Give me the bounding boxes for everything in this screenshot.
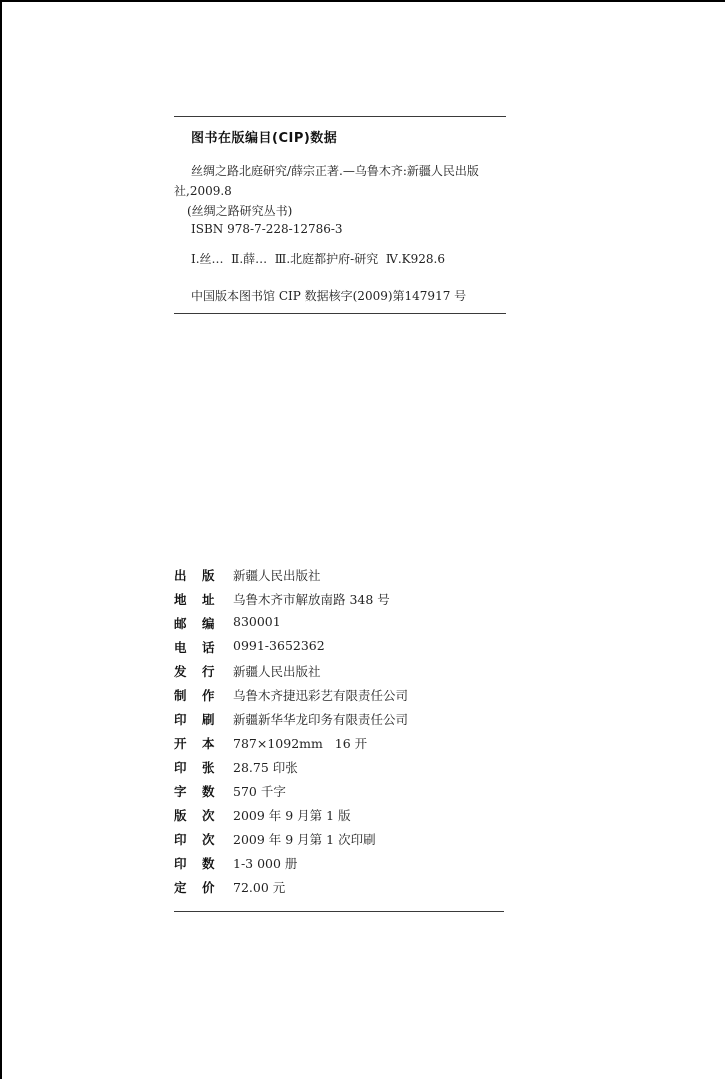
cip-top-rule bbox=[174, 116, 506, 117]
cip-bottom-rule bbox=[174, 313, 506, 314]
colophon-bottom-rule bbox=[174, 911, 504, 912]
cip-line-series: (丝绸之路研究丛书) bbox=[187, 202, 292, 219]
cip-line-classification: Ⅰ.丝… Ⅱ.薛… Ⅲ.北庭都护府-研究 Ⅳ.K928.6 bbox=[191, 250, 445, 267]
cip-line-title-author: 丝绸之路北庭研究/薛宗正著.—乌鲁木齐:新疆人民出版 bbox=[191, 162, 479, 179]
cip-line-isbn: ISBN 978-7-228-12786-3 bbox=[191, 222, 343, 236]
page-border-top bbox=[0, 0, 725, 2]
cip-line-catalog-number: 中国版本图书馆 CIP 数据核字(2009)第147917 号 bbox=[191, 287, 466, 304]
cip-title: 图书在版编目(CIP)数据 bbox=[191, 127, 337, 146]
page-border-left bbox=[0, 0, 2, 1079]
cip-line-publisher-date: 社,2009.8 bbox=[174, 182, 232, 199]
